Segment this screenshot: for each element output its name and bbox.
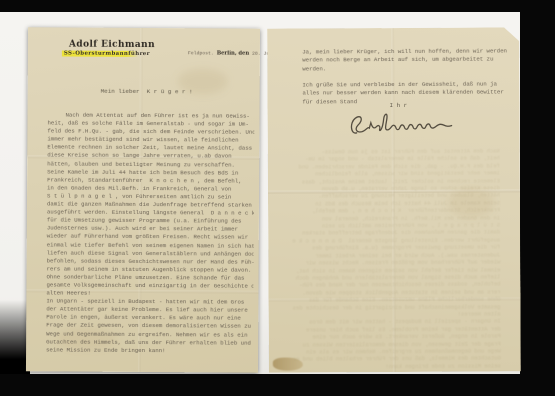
eichmann-signature — [347, 105, 461, 150]
salutation: Mein lieber K r ü g e r ! — [101, 88, 193, 96]
photo-of-letter: Adolf Eichmann SS-Obersturmbannführer Fe… — [0, 0, 555, 396]
ghost-line: seine Mission zu Ende bringen kann! — [289, 362, 501, 371]
typed-body-page1: Nach dem Attentat auf den Führer ist es … — [46, 111, 254, 355]
typed-body-page2: Ja, mein lieber Krüger, ich will nun hof… — [302, 47, 510, 106]
typed-line: werden noch Berge an Arbeit auf sich, um… — [302, 56, 510, 65]
bleed-through-text: Nach dem Attentat auf den Führer ist es … — [288, 147, 501, 370]
dateline-feldpost: Feldpost. — [188, 51, 214, 56]
letterhead-rank-highlighted: SS-Obersturmbannführer — [62, 51, 152, 58]
dateline-printed-berlin: Berlin, den — [217, 50, 249, 56]
typed-line: seine Mission zu Ende bringen kann! — [46, 346, 253, 355]
typed-line: alles nur besser werden kann nach diesem… — [302, 89, 510, 98]
letter-page-1: Adolf Eichmann SS-Obersturmbannführer Fe… — [26, 27, 260, 372]
signature-stroke — [347, 105, 460, 145]
letterhead-name: Adolf Eichmann — [69, 40, 155, 51]
letter-page-2: Ja, mein lieber Krüger, ich will nun hof… — [267, 27, 521, 372]
